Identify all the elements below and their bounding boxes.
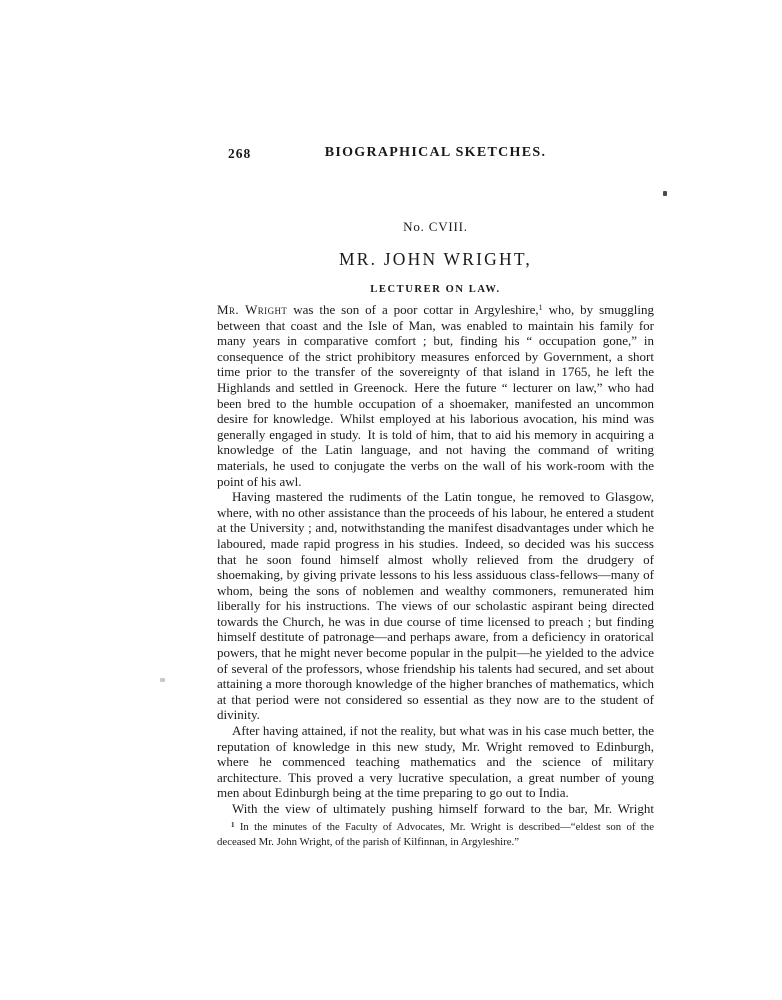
article-subtitle: LECTURER ON LAW. — [217, 284, 654, 295]
paragraph-1-text-after-ref: who, by smuggling between that coast and… — [217, 302, 654, 489]
book-page: 268 BIOGRAPHICAL SKETCHES. No. CVIII. MR… — [0, 0, 782, 1000]
paragraph-3: After having attained, if not the realit… — [217, 723, 654, 801]
scan-artifact-speck — [160, 678, 165, 682]
lead-name: Mr. Wright — [217, 302, 287, 317]
article-body: Mr. Wright was the son of a poor cottar … — [217, 302, 654, 817]
article-title: MR. JOHN WRIGHT, — [217, 249, 654, 270]
paragraph-4: With the view of ultimately pushing hims… — [217, 801, 654, 817]
article-heading-block: No. CVIII. MR. JOHN WRIGHT, LECTURER ON … — [217, 219, 654, 295]
footnote-text: In the minutes of the Faculty of Advocat… — [217, 821, 654, 848]
running-head: BIOGRAPHICAL SKETCHES. — [217, 145, 654, 161]
section-number: No. CVIII. — [217, 219, 654, 235]
scan-artifact-speck — [663, 191, 667, 196]
footnote: 1 In the minutes of the Faculty of Advoc… — [217, 820, 654, 849]
paragraph-2: Having mastered the rudiments of the Lat… — [217, 489, 654, 723]
paragraph-1-text-before-ref: was the son of a poor cottar in Argylesh… — [287, 302, 538, 317]
paragraph-1: Mr. Wright was the son of a poor cottar … — [217, 302, 654, 489]
